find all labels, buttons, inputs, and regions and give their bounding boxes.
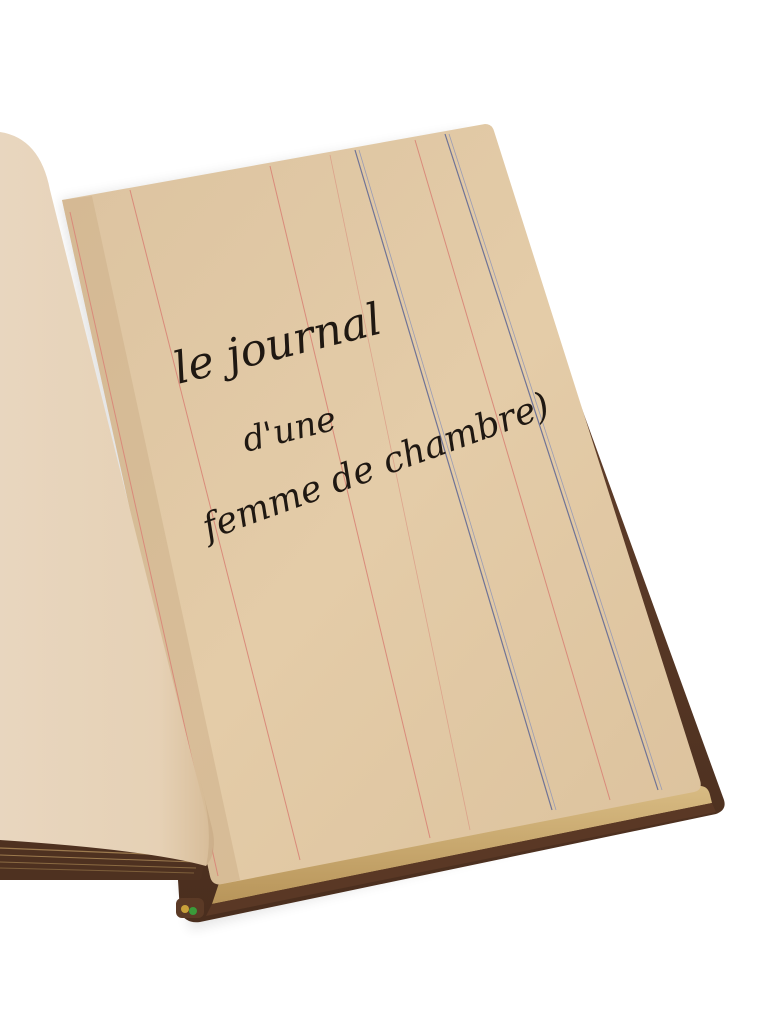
book-photo: le journal d'une femme de chambre) bbox=[0, 0, 768, 1024]
spine-headband bbox=[176, 898, 204, 918]
